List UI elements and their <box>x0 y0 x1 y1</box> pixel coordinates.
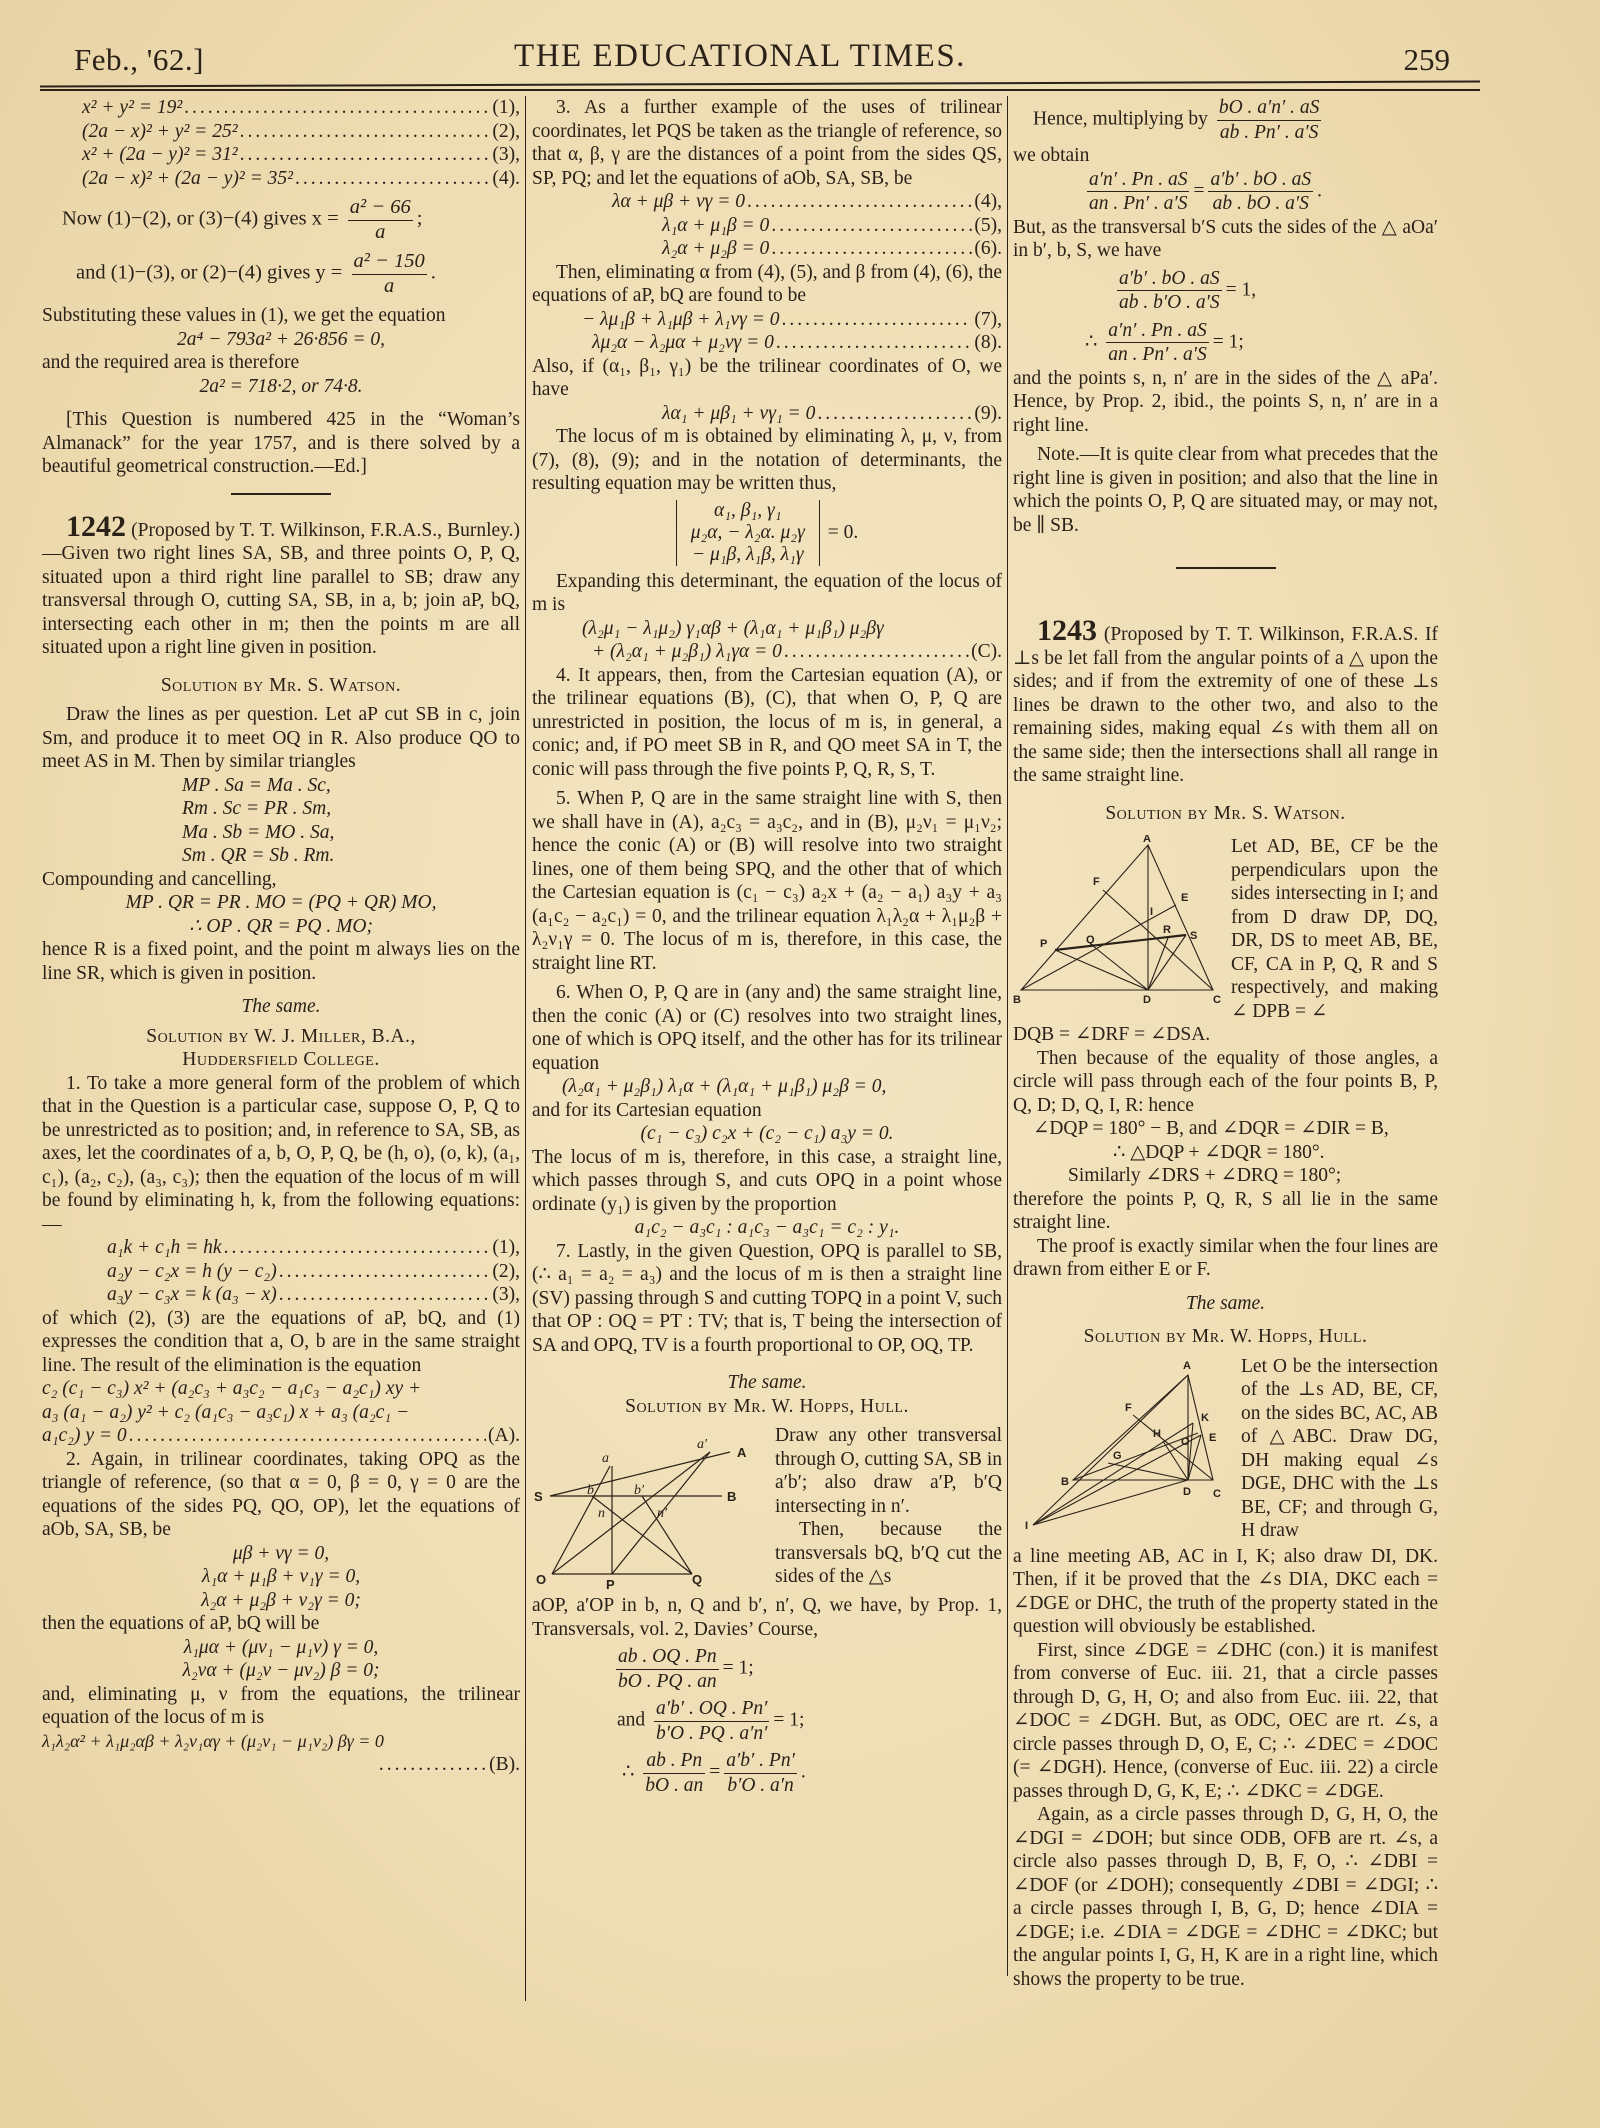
svg-text:n: n <box>598 1506 605 1521</box>
watson-paragraph-2: Then because of the equality of those an… <box>1013 1047 1438 1118</box>
substitution-text: Substituting these values in (1), we get… <box>42 304 520 328</box>
points-text: and the points s, n, n′ are in the sides… <box>1013 367 1438 438</box>
watson-text-beside: Let AD, BE, CF be the perpendiculars upo… <box>1231 835 1438 1023</box>
miller-paragraph-2c: and, eliminating μ, ν from the equations… <box>42 1683 520 1730</box>
hopps-paragraph-2: First, since ∠DGE = ∠DHC (con.) it is ma… <box>1013 1639 1438 1804</box>
svg-text:Q: Q <box>692 1572 702 1587</box>
watson-text-below: DQB = ∠DRF = ∠DSA. <box>1013 1023 1438 1047</box>
column-divider-2 <box>1007 96 1008 1976</box>
column-divider-1 <box>525 96 526 2001</box>
compound-equation-1: MP . QR = PR . MO = (PQ + QR) MO, <box>42 891 520 915</box>
paragraph-3: 3. As a further example of the uses of t… <box>532 96 1002 190</box>
watson-paragraph-3: therefore the points P, Q, R, S all lie … <box>1013 1188 1438 1235</box>
paragraph-6: 6. When O, P, Q are in (any and) the sam… <box>532 981 1002 1075</box>
svg-text:A: A <box>737 1445 747 1460</box>
svg-text:D: D <box>1183 1486 1191 1498</box>
column-2: 3. As a further example of the uses of t… <box>532 96 1002 1797</box>
solution-heading-watson: Solution by Mr. S. Watson. <box>42 674 520 698</box>
miller-paragraph-1: 1. To take a more general form of the pr… <box>42 1072 520 1237</box>
svg-text:H: H <box>1153 1428 1161 1440</box>
svg-text:R: R <box>1163 924 1171 936</box>
area-text: and the required area is therefore <box>42 351 520 375</box>
watson-paragraph-4: The proof is exactly similar when the fo… <box>1013 1235 1438 1282</box>
solution-heading-miller: Solution by W. J. Miller, B.A., <box>42 1025 520 1049</box>
watson-equation-3: Similarly ∠DRS + ∠DRQ = 180°; <box>1013 1164 1438 1188</box>
header-rule-bottom <box>40 89 1480 91</box>
editor-note: [This Question is numbered 425 in the “W… <box>42 408 520 479</box>
miller-paragraph-2b: then the equations of aP, bQ will be <box>42 1612 520 1636</box>
obtained-equation: a′n′ . Pn . aSan . Pn′ . a′S=a′b′ . bO .… <box>1013 168 1438 216</box>
newspaper-page: Feb., '62.] THE EDUCATIONAL TIMES. 259 x… <box>0 0 1600 2128</box>
transversal-fraction-3: ∴ ab . PnbO . an=a′b′ . Pn′b′O . a′n. <box>532 1749 1002 1797</box>
but-text: But, as the transversal b′S cuts the sid… <box>1013 216 1438 263</box>
equation-row: x² + (2a − y)² = 31²(3), <box>82 143 520 167</box>
svg-text:b′: b′ <box>634 1483 645 1498</box>
equations-7-8: − λμ₁β + λ₁μβ + λ₁νγ = 0(7), λμ₂α − λ₂μα… <box>532 308 1002 355</box>
svg-text:a′: a′ <box>697 1437 708 1452</box>
paragraph-3c: Also, if (α₁, β₁, γ₁) be the trilinear c… <box>532 355 1002 402</box>
we-obtain: we obtain <box>1013 144 1438 168</box>
menelaus-equation-2: ∴ a′n′ . Pn . aSan . Pn′ . a′S= 1; <box>1013 319 1438 367</box>
miller-equations: a₁k + c₁h = hk(1), a₂y − c₂x = h (y − c₂… <box>42 1236 520 1307</box>
hopps-text-beside-2: Then, because the transversals bQ, b′Q c… <box>775 1518 1002 1589</box>
watson-conclusion: hence R is a fixed point, and the point … <box>42 938 520 985</box>
svg-text:a: a <box>602 1451 609 1466</box>
paragraph-6-equation-1: (λ₂α₁ + μ₂β₁) λ₁α + (λ₁α₁ + μ₁β₁) μ₂β = … <box>532 1075 1002 1099</box>
svg-text:Q: Q <box>1086 934 1095 946</box>
equation-B-tag: ..............(B). <box>42 1753 520 1777</box>
svg-text:F: F <box>1093 876 1100 888</box>
watson-text: Draw the lines as per question. Let aP c… <box>42 703 520 774</box>
svg-text:E: E <box>1181 892 1188 904</box>
svg-text:P: P <box>606 1577 615 1592</box>
column-1: x² + y² = 19²(1), (2a − x)² + y² = 25²(2… <box>42 96 520 1777</box>
note-text: Note.—It is quite clear from what preced… <box>1013 443 1438 537</box>
question-number: 1242 <box>66 510 126 543</box>
paragraph-3d: The locus of m is obtained by eliminatin… <box>532 425 1002 496</box>
equation-C-line-2: + (λ₂α₁ + μ₂β₁) λ₁γα = 0(C). <box>532 640 1002 664</box>
miller-p2-equations: μβ + νγ = 0, λ₁α + μ₁β + ν₁γ = 0, λ₂α + … <box>42 1542 520 1613</box>
solution-heading-hopps: Solution by Mr. W. Hopps, Hull. <box>532 1395 1002 1419</box>
watson-equation-2: ∴ △DQP + ∠DQR = 180°. <box>1013 1141 1438 1165</box>
quartic-equation: 2a⁴ − 793a² + 26·856 = 0, <box>42 328 520 352</box>
paragraph-6b: and for its Cartesian equation <box>532 1099 1002 1123</box>
svg-text:S: S <box>1190 930 1197 942</box>
svg-text:D: D <box>1143 994 1151 1006</box>
watson-figure-block: A F E I R S P Q B D C Let AD, BE, CF be … <box>1013 835 1438 1023</box>
area-equation: 2a² = 718·2, or 74·8. <box>42 375 520 399</box>
page-header: Feb., '62.] THE EDUCATIONAL TIMES. 259 <box>40 38 1440 78</box>
svg-text:O: O <box>536 1572 546 1587</box>
transversal-fraction-2: and a′b′ . OQ . Pn′b′O . PQ . a′n′= 1; <box>532 1697 1002 1745</box>
svg-text:C: C <box>1213 1488 1221 1500</box>
header-rule-top <box>40 80 1480 87</box>
miller-paragraph-1b: of which (2), (3) are the equations of a… <box>42 1307 520 1378</box>
y-value-line: and (1)−(3), or (2)−(4) gives y = a² − 1… <box>42 250 520 298</box>
svg-text:I: I <box>1025 1520 1028 1532</box>
equation-C-line-1: (λ₂μ₁ − λ₁μ₂) γ₁αβ + (λ₁α₁ + μ₁β₁) μ₂βγ <box>532 617 1002 641</box>
hopps-text-below: a line meeting AB, AC in I, K; also draw… <box>1013 1545 1438 1639</box>
svg-text:n′: n′ <box>657 1506 668 1521</box>
hopps-figure-block: A F K H O E G B D C I Let O be the inter… <box>1013 1355 1438 1545</box>
paragraph-6c: The locus of m is, therefore, in this ca… <box>532 1146 1002 1217</box>
equation-row: x² + y² = 19²(1), <box>82 96 520 120</box>
paragraph-5: 5. When P, Q are in the same straight li… <box>532 787 1002 975</box>
determinant: α₁, β₁, γ₁ μ₂α, − λ₂α. μ₂γ − μ₁β, λ₁β, λ… <box>532 500 1002 566</box>
equations-1-4: x² + y² = 19²(1), (2a − x)² + y² = 25²(2… <box>42 96 520 190</box>
svg-text:E: E <box>1209 1432 1216 1444</box>
svg-text:C: C <box>1213 994 1221 1006</box>
svg-text:B: B <box>1013 994 1021 1006</box>
equation-A-line-2: a₃ (a₁ − a₂) y² + c₂ (a₁c₃ − a₃c₁) x + a… <box>42 1401 520 1425</box>
svg-text:B: B <box>1061 1476 1069 1488</box>
watson-equation-1: ∠DQP = 180° − B, and ∠DQR = ∠DIR = B, <box>1013 1117 1438 1141</box>
transversal-fraction-1: ab . OQ . PnbO . PQ . an= 1; <box>532 1645 1002 1693</box>
the-same-heading: The same. <box>42 995 520 1019</box>
svg-text:A: A <box>1143 835 1151 845</box>
question-1243: 1243 (Proposed by T. T. Wilkinson, F.R.A… <box>1013 619 1438 788</box>
solution-heading-miller-college: Huddersfield College. <box>42 1048 520 1072</box>
paragraph-3e: Expanding this determinant, the equation… <box>532 570 1002 617</box>
svg-text:G: G <box>1113 1450 1122 1462</box>
equation-B: λ₁λ₂α² + λ₁μ₂αβ + λ₂ν₁αγ + (μ₂ν₁ − μ₁ν₂)… <box>42 1730 520 1754</box>
determinant-matrix: α₁, β₁, γ₁ μ₂α, − λ₂α. μ₂γ − μ₁β, λ₁β, λ… <box>676 500 820 566</box>
hopps-figure-block: S A B O P Q a a′ b b′ n n′ Draw any othe… <box>532 1424 1002 1594</box>
solution-heading-watson: Solution by Mr. S. Watson. <box>1013 802 1438 826</box>
hopps-text-below: aOP, a′OP in b, n, Q and b′, n′, Q, we h… <box>532 1594 1002 1641</box>
miller-paragraph-2: 2. Again, in trilinear coordinates, taki… <box>42 1448 520 1542</box>
paragraph-6-equation-3: a₁c₂ − a₃c₁ : a₁c₃ − a₃c₁ = c₂ : y₁. <box>532 1216 1002 1240</box>
svg-text:S: S <box>534 1489 543 1504</box>
question-number: 1243 <box>1037 614 1097 647</box>
section-rule <box>231 493 331 495</box>
miller-p2b-equations: λ₁μα + (μν₁ − μ₁ν) γ = 0, λ₂να + (μ₂ν − … <box>42 1636 520 1683</box>
section-rule <box>1176 567 1276 569</box>
equation-A-line-1: c₂ (c₁ − c₃) x² + (a₂c₃ + a₃c₂ − a₁c₃ − … <box>42 1377 520 1401</box>
equation-9: λα₁ + μβ₁ + νγ₁ = 0(9). <box>532 402 1002 426</box>
solution-heading-hopps: Solution by Mr. W. Hopps, Hull. <box>1013 1325 1438 1349</box>
column-3: Hence, multiplying by bO . a′n′ . aSab .… <box>1013 96 1438 1991</box>
x-value-line: Now (1)−(2), or (3)−(4) gives x = a² − 6… <box>42 196 520 244</box>
page-number: 259 <box>1404 42 1451 78</box>
equations-4-6: λα + μβ + νγ = 0(4), λ₁α + μ₁β = 0(5), λ… <box>532 190 1002 261</box>
hopps-paragraph-3: Again, as a circle passes through D, G, … <box>1013 1803 1438 1991</box>
equation-row: (2a − x)² + (2a − y)² = 35²(4). <box>82 167 520 191</box>
compounding-text: Compounding and cancelling, <box>42 868 520 892</box>
orthocentre-diagram: A F E I R S P Q B D C <box>1013 835 1223 1015</box>
paragraph-4: 4. It appears, then, from the Cartesian … <box>532 664 1002 782</box>
svg-text:P: P <box>1040 938 1047 950</box>
svg-text:B: B <box>727 1489 736 1504</box>
svg-text:O: O <box>1181 1436 1190 1448</box>
question-1242: 1242 (Proposed by T. T. Wilkinson, F.R.A… <box>42 515 520 660</box>
equation-row: (2a − x)² + y² = 25²(2), <box>82 120 520 144</box>
svg-text:I: I <box>1150 906 1153 918</box>
svg-text:K: K <box>1201 1412 1209 1424</box>
multiplier-line: Hence, multiplying by bO . a′n′ . aSab .… <box>1013 96 1438 144</box>
compound-equation-2: ∴ OP . QR = PQ . MO; <box>42 915 520 939</box>
similar-triangles-equations: MP . Sa = Ma . Sc, Rm . Sc = PR . Sm, Ma… <box>42 774 520 868</box>
paragraph-7: 7. Lastly, in the given Question, OPQ is… <box>532 1240 1002 1358</box>
svg-text:A: A <box>1183 1360 1191 1372</box>
svg-text:b: b <box>587 1483 594 1498</box>
equation-A-line-3: a₁c₂) y = 0(A). <box>42 1424 520 1448</box>
hopps-text-beside: Draw any other transversal through O, cu… <box>775 1424 1002 1518</box>
svg-text:F: F <box>1125 1402 1132 1414</box>
the-same-heading: The same. <box>532 1371 1002 1395</box>
transversal-diagram: S A B O P Q a a′ b b′ n n′ <box>532 1424 767 1594</box>
orthocentre-diagram-2: A F K H O E G B D C I <box>1013 1355 1233 1545</box>
paragraph-6-equation-2: (c₁ − c₃) c₂x + (c₂ − c₁) a₃y = 0. <box>532 1122 1002 1146</box>
the-same-heading: The same. <box>1013 1292 1438 1316</box>
publication-title: THE EDUCATIONAL TIMES. <box>40 38 1440 75</box>
menelaus-equation-1: a′b′ . bO . aSab . b′O . a′S= 1, <box>1013 267 1438 315</box>
paragraph-3b: Then, eliminating α from (4), (5), and β… <box>532 261 1002 308</box>
hopps-text-beside: Let O be the intersection of the ⊥s AD, … <box>1241 1355 1438 1545</box>
